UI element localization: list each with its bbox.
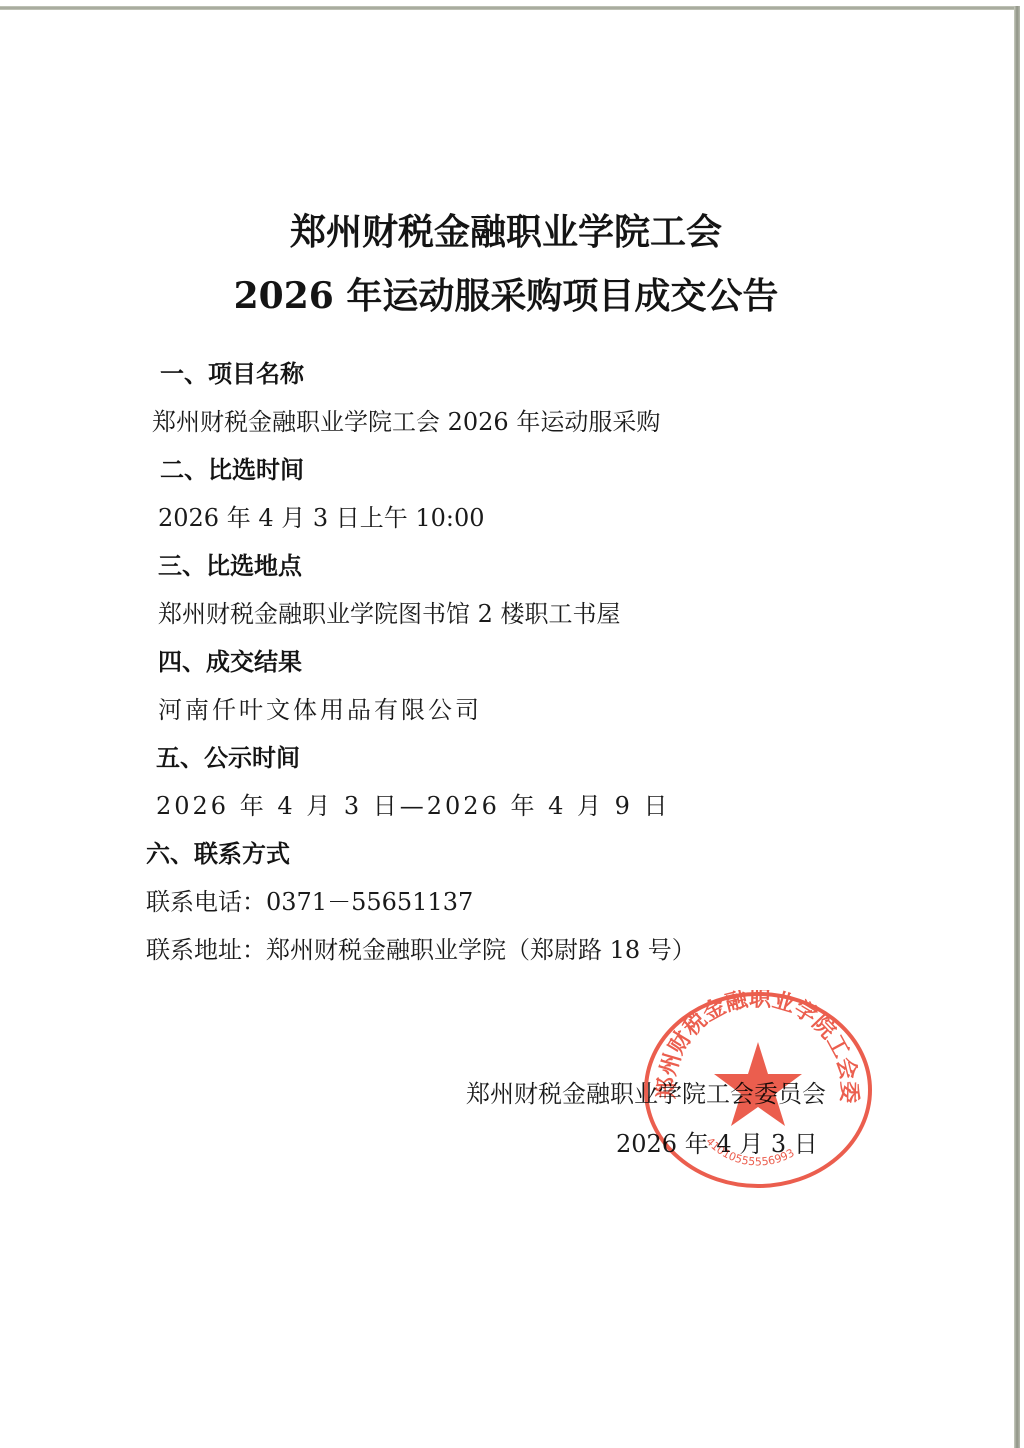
scan-border-right <box>1014 6 1020 1448</box>
selection-time-text: 2026 年 4 月 3 日上午 10:00 <box>158 498 485 533</box>
section-heading-publicity-period: 五、公示时间 <box>156 738 300 773</box>
section-heading-project-name: 一、项目名称 <box>160 354 304 389</box>
scan-border-top <box>0 6 1018 10</box>
contact-phone-text: 联系电话：0371－55651137 <box>146 882 473 917</box>
section-heading-contact: 六、联系方式 <box>146 834 290 869</box>
section-heading-result: 四、成交结果 <box>158 642 302 677</box>
publicity-period-text: 2026 年 4 月 3 日—2026 年 4 月 9 日 <box>156 786 671 821</box>
section-heading-selection-time: 二、比选时间 <box>160 450 304 485</box>
seal-code-text: 41010555556993 <box>703 1135 796 1169</box>
document-title-line2: 2026 年运动服采购项目成交公告 <box>0 268 1012 319</box>
document-title-line1: 郑州财税金融职业学院工会 <box>0 204 1012 255</box>
star-icon <box>714 1042 802 1126</box>
official-seal-stamp: 郑州财税金融职业学院工会委员会 41010555556993 <box>642 990 874 1190</box>
project-name-text: 郑州财税金融职业学院工会 2026 年运动服采购 <box>152 402 660 437</box>
result-company-text: 河南仟叶文体用品有限公司 <box>158 690 482 725</box>
selection-place-text: 郑州财税金融职业学院图书馆 2 楼职工书屋 <box>158 594 621 629</box>
contact-address-text: 联系地址：郑州财税金融职业学院（郑尉路 18 号） <box>146 930 696 965</box>
section-heading-selection-place: 三、比选地点 <box>158 546 302 581</box>
